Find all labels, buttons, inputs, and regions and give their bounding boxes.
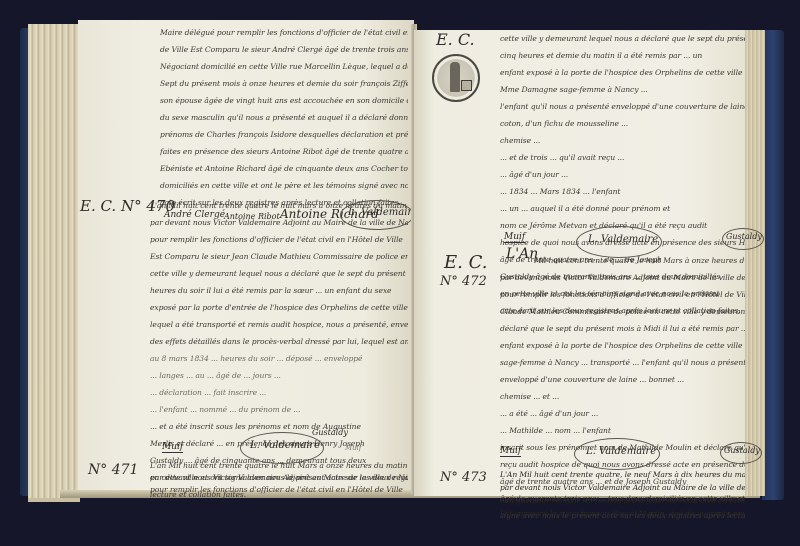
text-line: Mil huit cent trente quatre le huit Mars…: [500, 252, 745, 269]
text-line: des effets détaillés dans le procès-verb…: [150, 333, 408, 350]
signature: Muif: [500, 446, 521, 457]
text-line: l'enfant qu'il nous a présenté enveloppé…: [500, 98, 745, 115]
text-line: ... a été ... âgé d'un jour ...: [500, 405, 745, 422]
text-line: ... 1834 ... Mars 1834 ... l'enfant: [500, 183, 745, 200]
text-line: par devant nous Victor Valdemaire Adjoin…: [150, 472, 408, 484]
signature: Gustaldy: [724, 446, 760, 455]
text-line: L'an Mil huit cent trente quatre le huit…: [150, 197, 408, 214]
text-line: ... l'enfant ... nommé ... du prénom de …: [150, 401, 408, 418]
text-line: cinq heures et demie du matin il a été r…: [500, 47, 745, 64]
text-line: prénoms de Charles françois Isidore desq…: [160, 126, 408, 143]
text-line: par devant nous Victor Valdemaire Adjoin…: [500, 481, 745, 494]
stamp-figure: [450, 62, 460, 92]
seal-stamp-icon: [432, 54, 480, 102]
page-stack-right: [745, 30, 765, 496]
text-line: sage-femme à Nancy ... transporté ... l'…: [500, 354, 745, 371]
text-line: ... langes ... au ... âgé de ... jours .…: [150, 367, 408, 384]
text-line: par devant nous Victor Valdemaire Adjoin…: [150, 214, 408, 231]
stamp-box: [461, 80, 472, 91]
text-line: ... et de trois ... qu'il avait reçu ...: [500, 149, 745, 166]
signature: L. Valdemaire: [250, 440, 320, 451]
text-line: pour remplir les fonctions d'officier de…: [150, 231, 408, 248]
act-number-label: N° 471: [88, 462, 138, 478]
text-line: lequel a été transporté et remis audit h…: [150, 316, 408, 333]
text-line: ... déclaration ... fait inscrire ...: [150, 384, 408, 401]
text-line: ... Mathilde ... nom ... l'enfant: [500, 422, 745, 439]
text-line: cette ville y demeurant lequel nous a dé…: [150, 265, 408, 282]
page-stack-left: [28, 24, 80, 502]
text-line: L'An Mil huit cent trente quatre, le neu…: [500, 468, 745, 481]
signature: Gustaldy: [312, 428, 348, 437]
text-line: cette ville y demeurant lequel nous a dé…: [500, 30, 745, 47]
text-line: chemise ...: [500, 132, 745, 149]
signature: Gustaldy: [726, 232, 762, 241]
text-line: Sept du présent mois à onze heures et de…: [160, 75, 408, 92]
text-line: exposé par la porte d'entrée de l'hospic…: [150, 299, 408, 316]
signature: Muif: [162, 442, 183, 453]
text-line: coton, d'un fichu de mousseline ...: [500, 115, 745, 132]
left-continuation-text: Maire délégué pour remplir les fonctions…: [160, 24, 408, 211]
text-line: heures du soir il lui a été remis par la…: [150, 282, 408, 299]
text-line: délégué pour remplir les fonctions d'off…: [500, 494, 745, 507]
signature: Muif: [504, 232, 525, 243]
text-line: son épouse âgée de vingt huit ans est ac…: [160, 92, 408, 109]
text-line: du sexe masculin qu'il nous a présenté e…: [160, 109, 408, 126]
text-line: Négociant domicilié en cette Ville rue M…: [160, 58, 408, 75]
text-line: par devant nous Victor Valdemaire Adjoin…: [500, 269, 745, 286]
act-number-label: N° 473: [440, 470, 487, 485]
text-line: L'an Mil huit cent trente quatre le huit…: [150, 460, 408, 472]
act-number-label: N° 472: [440, 274, 487, 289]
signature: L. Valdemaire: [588, 234, 658, 245]
open-register-book: Maire délégué pour remplir les fonctions…: [0, 0, 800, 546]
text-line: pour remplir les fonctions d'officier de…: [500, 286, 745, 303]
act-473-text: L'An Mil huit cent trente quatre, le neu…: [500, 468, 745, 520]
text-line: Claude Mathieu Commissaire de police en …: [500, 303, 745, 320]
text-line: enfant exposé à la porte de l'hospice de…: [500, 337, 745, 354]
text-line: Est comparu le sieur françois Pascal Mar…: [500, 507, 745, 520]
etat-civil-label: E. C.: [436, 30, 475, 49]
text-line: Est Comparu le sieur Jean Claude Mathieu…: [150, 248, 408, 265]
text-line: déclaré que le sept du présent mois à Mi…: [500, 320, 745, 337]
act-471-text: L'an Mil huit cent trente quatre le huit…: [150, 460, 408, 496]
text-line: Maire délégué pour remplir les fonctions…: [160, 24, 408, 41]
etat-civil-label: E. C.: [444, 252, 487, 273]
signature: L. Valdemaire: [586, 446, 656, 457]
text-line: Ebéniste et Antoine Richard âgé de cinqu…: [160, 160, 408, 177]
text-line: Mme Damagne sage-femme à Nancy ...: [500, 81, 745, 98]
signature: Muif: [345, 444, 362, 452]
text-line: ... un ... auquel il a été donné pour pr…: [500, 200, 745, 217]
text-line: enveloppé d'une couverture de laine ... …: [500, 371, 745, 388]
text-line: domiciliés en cette ville et ont le père…: [160, 177, 408, 194]
book-cover-right: [762, 30, 784, 500]
text-line: chemise ... et ...: [500, 388, 745, 405]
text-line: pour remplir les fonctions d'officier de…: [150, 484, 408, 496]
text-line: de Ville Est Comparu le sieur André Cler…: [160, 41, 408, 58]
text-line: faites en présence des sieurs Antoine Ri…: [160, 143, 408, 160]
text-line: enfant exposé à la porte de l'hospice de…: [500, 64, 745, 81]
text-line: ... âgé d'un jour ...: [500, 166, 745, 183]
text-line: au 8 mars 1834 ... heures du soir ... dé…: [150, 350, 408, 367]
